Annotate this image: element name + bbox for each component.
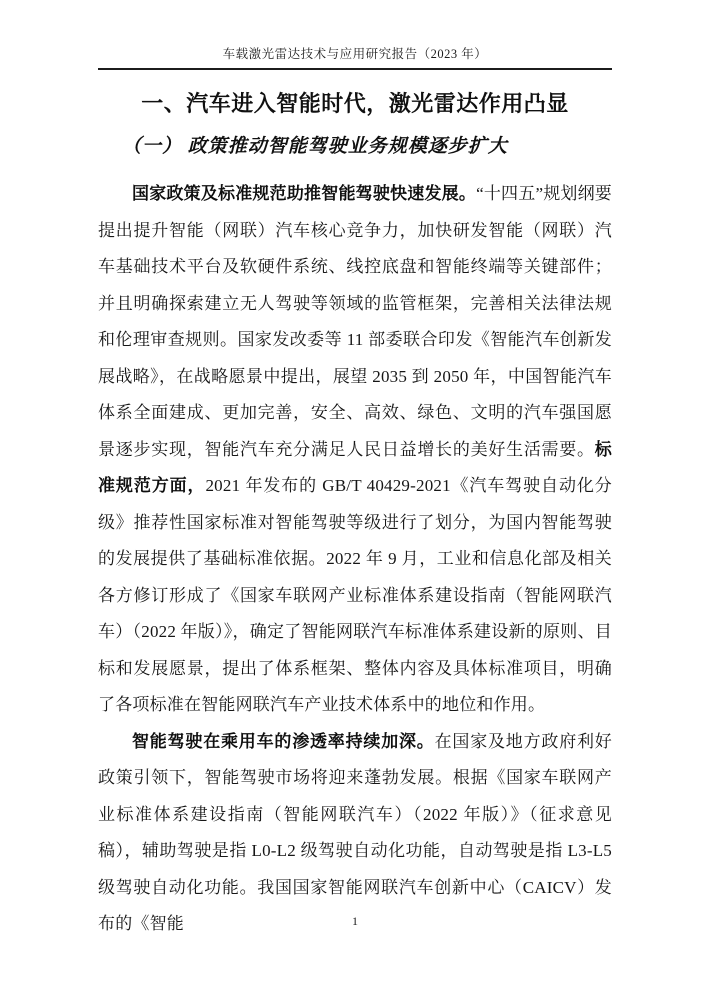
paragraph-bold-lead: 国家政策及标准规范助推智能驾驶快速发展。: [132, 184, 476, 203]
page-header: 车载激光雷达技术与应用研究报告（2023 年）: [98, 0, 612, 70]
page-number: 1: [352, 914, 358, 928]
paragraph-body-run: “十四五”规划纲要提出提升智能（网联）汽车核心竞争力，加快研发智能（网联）汽车基…: [98, 184, 612, 459]
paragraph-body-run: 在国家及地方政府利好政策引领下，智能驾驶市场将迎来蓬勃发展。根据《国家车联网产业…: [98, 732, 612, 934]
heading-level-2: （一） 政策推动智能驾驶业务规模逐步扩大: [98, 135, 612, 159]
page-footer: 1: [0, 912, 710, 930]
header-title: 车载激光雷达技术与应用研究报告（2023 年）: [98, 44, 612, 62]
document-page: 车载激光雷达技术与应用研究报告（2023 年） 一、汽车进入智能时代，激光雷达作…: [0, 0, 710, 1004]
heading-level-1: 一、汽车进入智能时代，激光雷达作用凸显: [98, 91, 612, 117]
paragraph-penetration-rate: 智能驾驶在乘用车的渗透率持续加深。在国家及地方政府利好政策引领下，智能驾驶市场将…: [98, 724, 612, 943]
paragraph-body-run: 2021 年发布的 GB/T 40429-2021《汽车驾驶自动化分级》推荐性国…: [98, 476, 612, 714]
body-text-block: 国家政策及标准规范助推智能驾驶快速发展。“十四五”规划纲要提出提升智能（网联）汽…: [98, 176, 612, 943]
paragraph-bold-lead: 智能驾驶在乘用车的渗透率持续加深。: [132, 732, 435, 751]
paragraph-policy-standards: 国家政策及标准规范助推智能驾驶快速发展。“十四五”规划纲要提出提升智能（网联）汽…: [98, 176, 612, 724]
